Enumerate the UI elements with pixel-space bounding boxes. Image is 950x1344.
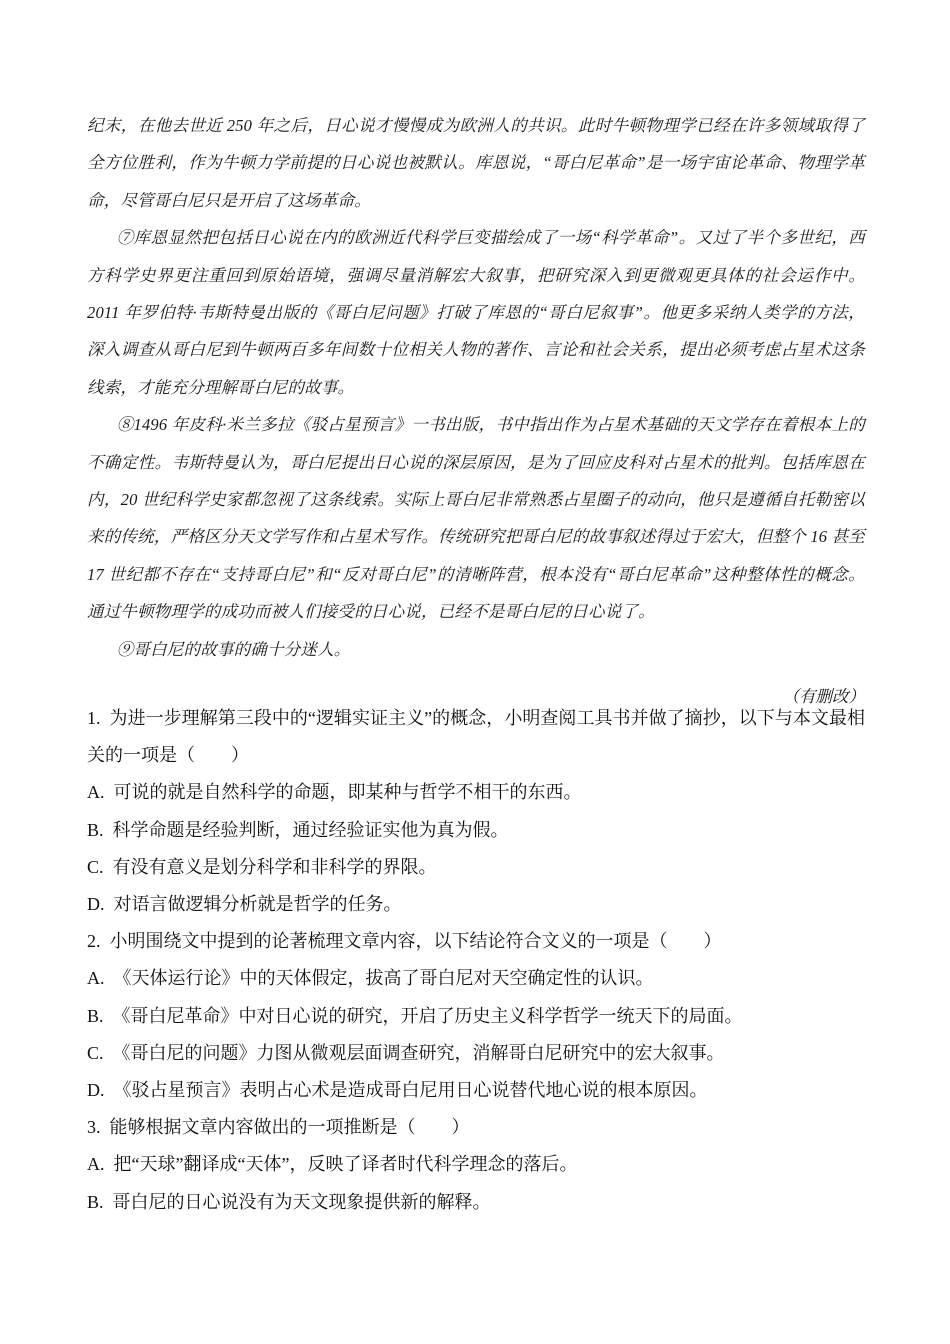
question-3-stem-text: 能够根据文章内容做出的一项推断是（ ） (110, 1117, 470, 1137)
question-1-option-d: D.对语言做逻辑分析就是哲学的任务。 (87, 886, 865, 923)
passage-paragraph-7: ⑦库恩显然把包括日心说在内的欧洲近代科学巨变描绘成了一场“科学革命”。又过了半个… (87, 219, 865, 406)
option-label-a: A. (87, 1154, 105, 1174)
option-text: 科学命题是经验判断，通过经验证实他为真为假。 (113, 820, 509, 840)
passage-paragraph-6-continued: 纪末，在他去世近 250 年之后，日心说才慢慢成为欧洲人的共识。此时牛顿物理学已… (87, 107, 865, 219)
question-2-option-d: D.《驳占星预言》表明占心术是造成哥白尼用日心说替代地心说的根本原因。 (87, 1072, 865, 1109)
question-3-option-b: B.哥白尼的日心说没有为天文现象提供新的解释。 (87, 1184, 865, 1221)
question-1-option-c: C.有没有意义是划分科学和非科学的界限。 (87, 849, 865, 886)
question-2-option-b: B.《哥白尼革命》中对日心说的研究，开启了历史主义科学哲学一统天下的局面。 (87, 998, 865, 1035)
option-text: 《天体运行论》中的天体假定，拔高了哥白尼对天空确定性的认识。 (114, 968, 654, 988)
option-text: 哥白尼的日心说没有为天文现象提供新的解释。 (113, 1192, 491, 1212)
question-1-option-a: A.可说的就是自然科学的命题，即某种与哲学不相干的东西。 (87, 774, 865, 811)
exam-document-page: 纪末，在他去世近 250 年之后，日心说才慢慢成为欧洲人的共识。此时牛顿物理学已… (0, 0, 950, 1344)
question-1-option-b: B.科学命题是经验判断，通过经验证实他为真为假。 (87, 812, 865, 849)
question-2-stem-text: 小明围绕文中提到的论著梳理文章内容，以下结论符合文义的一项是（ ） (110, 931, 722, 951)
option-text: 有没有意义是划分科学和非科学的界限。 (113, 857, 437, 877)
question-3-number: 3. (87, 1117, 101, 1137)
option-label-a: A. (87, 968, 105, 988)
question-1-stem-text: 为进一步理解第三段中的“逻辑实证主义”的概念，小明查阅工具书并做了摘抄，以下与本… (87, 708, 865, 765)
option-label-b: B. (87, 1006, 104, 1026)
question-2: 2.小明围绕文中提到的论著梳理文章内容，以下结论符合文义的一项是（ ） A.《天… (87, 923, 865, 1109)
question-2-option-c: C.《哥白尼的问题》力图从微观层面调查研究，消解哥白尼研究中的宏大叙事。 (87, 1035, 865, 1072)
option-label-b: B. (87, 1192, 104, 1212)
questions-section: 1.为进一步理解第三段中的“逻辑实证主义”的概念，小明查阅工具书并做了摘抄，以下… (87, 700, 865, 1221)
option-text: 《驳占星预言》表明占心术是造成哥白尼用日心说替代地心说的根本原因。 (114, 1080, 708, 1100)
question-2-option-a: A.《天体运行论》中的天体假定，拔高了哥白尼对天空确定性的认识。 (87, 960, 865, 997)
option-text: 《哥白尼革命》中对日心说的研究，开启了历史主义科学哲学一统天下的局面。 (113, 1006, 743, 1026)
question-1-stem: 1.为进一步理解第三段中的“逻辑实证主义”的概念，小明查阅工具书并做了摘抄，以下… (87, 700, 865, 774)
option-label-d: D. (87, 894, 105, 914)
passage-paragraph-9: ⑨哥白尼的故事的确十分迷人。 (87, 631, 865, 668)
question-1: 1.为进一步理解第三段中的“逻辑实证主义”的概念，小明查阅工具书并做了摘抄，以下… (87, 700, 865, 923)
option-text: 把“天球”翻译成“天体”，反映了译者时代科学理念的落后。 (114, 1154, 578, 1174)
passage-paragraph-8: ⑧1496 年皮科·米兰多拉《驳占星预言》一书出版，书中指出作为占星术基础的天文… (87, 406, 865, 630)
option-label-b: B. (87, 820, 104, 840)
reading-passage: 纪末，在他去世近 250 年之后，日心说才慢慢成为欧洲人的共识。此时牛顿物理学已… (87, 107, 865, 668)
option-label-c: C. (87, 1043, 104, 1063)
question-1-number: 1. (87, 708, 101, 728)
question-3-stem: 3.能够根据文章内容做出的一项推断是（ ） (87, 1109, 865, 1146)
option-label-c: C. (87, 857, 104, 877)
option-text: 《哥白尼的问题》力图从微观层面调查研究，消解哥白尼研究中的宏大叙事。 (113, 1043, 725, 1063)
option-text: 可说的就是自然科学的命题，即某种与哲学不相干的东西。 (114, 782, 582, 802)
question-3: 3.能够根据文章内容做出的一项推断是（ ） A.把“天球”翻译成“天体”，反映了… (87, 1109, 865, 1221)
option-label-a: A. (87, 782, 105, 802)
question-2-number: 2. (87, 931, 101, 951)
option-text: 对语言做逻辑分析就是哲学的任务。 (114, 894, 402, 914)
option-label-d: D. (87, 1080, 105, 1100)
question-3-option-a: A.把“天球”翻译成“天体”，反映了译者时代科学理念的落后。 (87, 1146, 865, 1183)
question-2-stem: 2.小明围绕文中提到的论著梳理文章内容，以下结论符合文义的一项是（ ） (87, 923, 865, 960)
